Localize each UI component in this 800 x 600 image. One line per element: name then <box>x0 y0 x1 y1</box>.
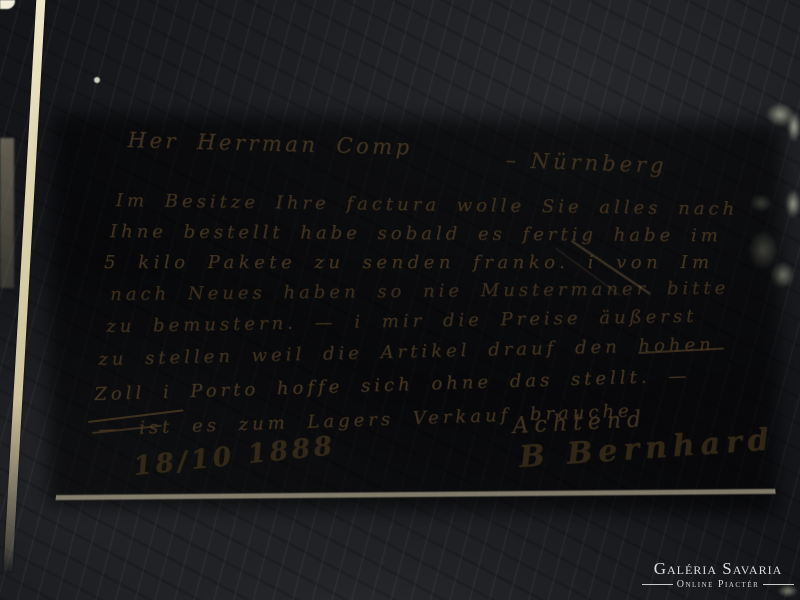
watermark-subtitle: Online Piactér <box>677 579 760 590</box>
body-line-2: Ihne bestellt habe sobald es fertig habe… <box>110 221 722 246</box>
addressee-line: Her Herrman Comp <box>127 128 413 159</box>
leather-scuff <box>787 112 800 142</box>
postcard-photo: Her Herrman Comp – Nürnberg Im Besitze I… <box>0 0 800 600</box>
city-line: – Nürnberg <box>505 148 668 178</box>
watermark: Galéria Savaria Online Piactér <box>642 560 794 590</box>
body-line-6: zu stellen weil die Artikel drauf den ho… <box>98 334 715 370</box>
leather-scuff <box>785 190 800 218</box>
body-line-1: Im Besitze Ihre factura wolle Sie alles … <box>116 190 739 220</box>
body-line-7: Zoll i Porto hoffe sich ohne das stellt.… <box>94 365 690 405</box>
watermark-subtitle-row: Online Piactér <box>642 579 794 590</box>
pale-margin-wedge <box>0 138 14 288</box>
date: 18/10 1888 <box>132 431 337 482</box>
body-line-4: nach Neues haben so nie Mustermaner bitt… <box>110 278 729 305</box>
watermark-rule-right <box>763 584 794 585</box>
watermark-rule-left <box>642 584 673 585</box>
white-fleck <box>94 77 100 83</box>
watermark-title: Galéria Savaria <box>642 560 794 578</box>
body-line-5: zu bemustern. — i mir die Preise äußerst <box>106 306 697 337</box>
body-line-3: 5 kilo Pakete zu senden franko. i von Im <box>104 252 714 273</box>
